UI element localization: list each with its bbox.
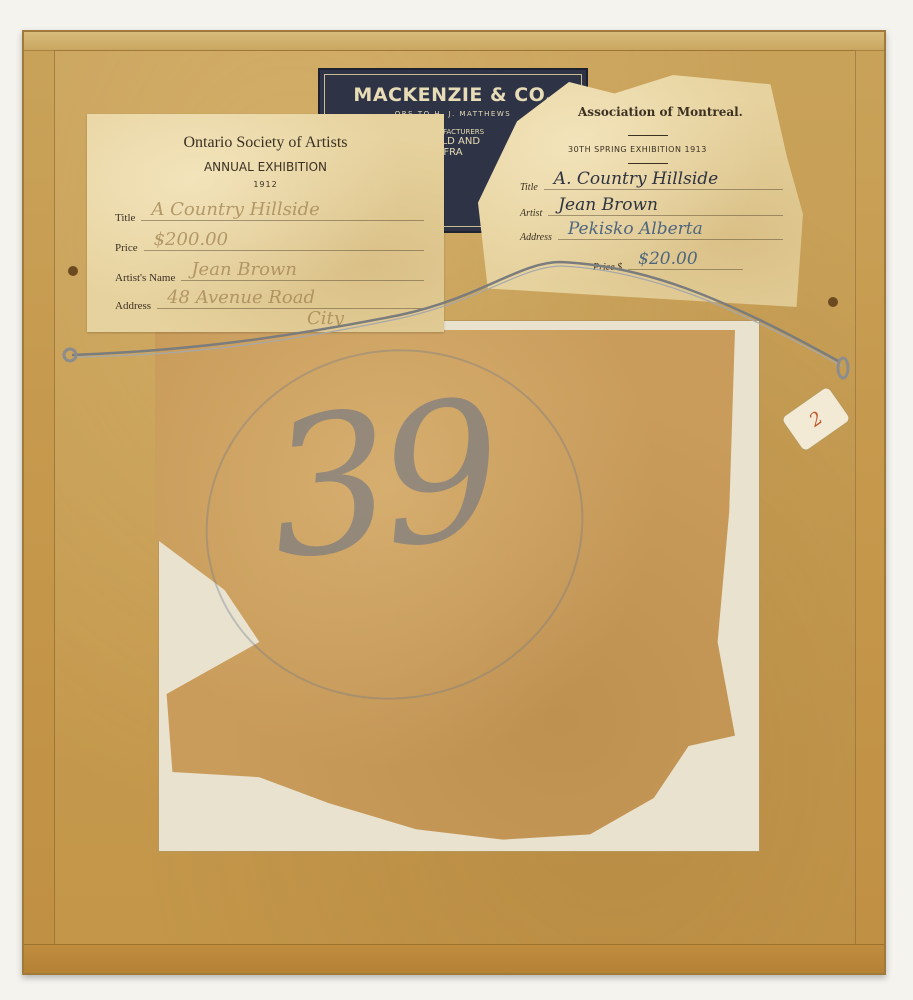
- field-value: Jean Brown: [191, 259, 297, 280]
- montreal-subheader: 30TH SPRING EXHIBITION 1913: [568, 145, 707, 154]
- montreal-field-address: Address Pekisko Alberta: [520, 225, 783, 243]
- frame-top-bevel: [24, 32, 884, 51]
- field-value: A Country Hillside: [151, 199, 319, 220]
- field-label: Address: [115, 300, 151, 312]
- osa-address-city: City: [307, 308, 344, 329]
- field-label: Title: [520, 182, 538, 193]
- montreal-field-artist: Artist Jean Brown: [520, 201, 783, 219]
- osa-subheader: ANNUAL EXHIBITION: [87, 160, 444, 174]
- osa-field-price: Price $200.00: [115, 236, 424, 254]
- osa-field-title: Title A Country Hillside: [115, 206, 424, 224]
- field-value: 48 Avenue Road: [167, 287, 315, 308]
- osa-year: 1912: [87, 180, 444, 189]
- field-label: Price: [115, 242, 138, 254]
- montreal-header: Association of Montreal.: [578, 105, 743, 119]
- screw-hole-icon: [828, 297, 838, 307]
- divider: [628, 163, 668, 164]
- inventory-tag-number: 2: [805, 407, 826, 431]
- montreal-field-price: Price $ $20.00: [593, 255, 743, 273]
- pencil-number: 39: [259, 359, 503, 602]
- field-value: Pekisko Alberta: [568, 219, 703, 239]
- osa-field-address: Address 48 Avenue Road: [115, 294, 424, 312]
- field-label: Artist: [520, 208, 542, 219]
- field-value: $200.00: [154, 229, 228, 250]
- field-value: $20.00: [638, 249, 697, 269]
- field-label: Price $: [593, 262, 622, 273]
- frame-bottom-bevel: [24, 944, 884, 973]
- screw-hole-icon: [68, 266, 78, 276]
- field-value: A. Country Hillside: [554, 169, 718, 189]
- field-label: Address: [520, 232, 552, 243]
- field-value: Jean Brown: [558, 195, 658, 215]
- field-label: Artist's Name: [115, 272, 175, 284]
- osa-field-artist: Artist's Name Jean Brown: [115, 266, 424, 284]
- ontario-society-label: Ontario Society of Artists ANNUAL EXHIBI…: [87, 114, 444, 332]
- osa-header: Ontario Society of Artists: [87, 134, 444, 152]
- montreal-field-title: Title A. Country Hillside: [520, 175, 783, 193]
- divider: [628, 135, 668, 136]
- field-label: Title: [115, 212, 135, 224]
